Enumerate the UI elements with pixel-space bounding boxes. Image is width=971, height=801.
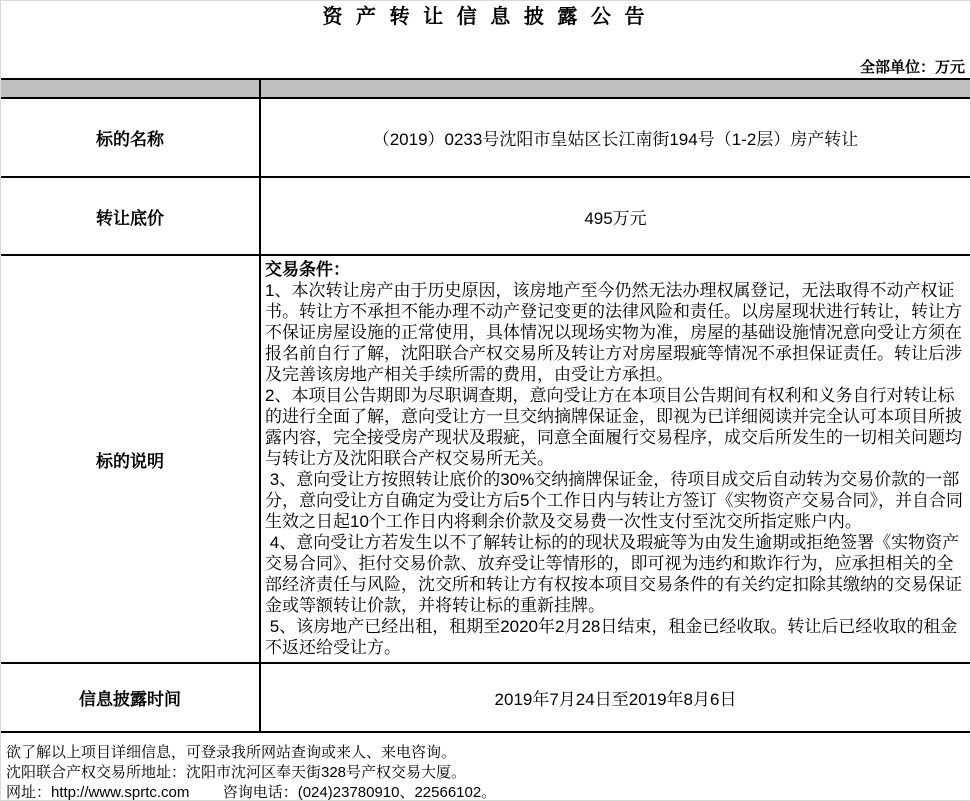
trade-condition-5: 5、该房地产已经出租，租期至2020年2月28日结束，租金已经收取。转让后已经收… (265, 616, 967, 658)
disclosure-table: 标的名称 （2019）0233号沈阳市皇姑区长江南街194号（1-2层）房产转让… (1, 78, 970, 733)
table-row-base-price: 转让底价 495万元 (1, 178, 970, 256)
row-value-target-name: （2019）0233号沈阳市皇姑区长江南街194号（1-2层）房产转让 (261, 99, 970, 176)
announcement-document: 资 产 转 让 信 息 披 露 公 告 全部单位：万元 标的名称 （2019）0… (0, 0, 971, 801)
trade-condition-4: 4、意向受让方若发生以不了解转让标的的现状及瑕疵等为由发生逾期或拒绝签署《实物资… (265, 532, 967, 616)
footer-address: 沈阳联合产权交易所地址：沈阳市沈河区奉天街328号产权交易大厦。 (6, 763, 970, 783)
table-row-disclosure-period: 信息披露时间 2019年7月24日至2019年8月6日 (1, 664, 970, 733)
row-value-target-description: 交易条件： 1、本次转让房产由于历史原因，该房地产至今仍然无法办理权属登记，无法… (261, 256, 970, 662)
page-title: 资 产 转 让 信 息 披 露 公 告 (1, 4, 970, 30)
footer-website-and-phone: 网址：http://www.sprtc.com 咨询电话：(024)237809… (6, 783, 970, 801)
footer-inquiry-note: 欲了解以上项目详细信息，可登录我所网站查询或来人、来电咨询。 (6, 743, 970, 763)
table-header-row (1, 80, 970, 99)
header-cell-left (1, 80, 261, 97)
footer-notes: 欲了解以上项目详细信息，可登录我所网站查询或来人、来电咨询。 沈阳联合产权交易所… (1, 743, 970, 801)
row-label-disclosure-period: 信息披露时间 (1, 664, 261, 731)
trade-condition-2: 2、本项目公告期即为尽职调查期，意向受让方在本项目公告期间有权利和义务自行对转让… (265, 385, 967, 469)
unit-note: 全部单位：万元 (1, 60, 970, 76)
trade-conditions-heading: 交易条件： (265, 259, 967, 280)
row-value-base-price: 495万元 (261, 178, 970, 254)
row-value-disclosure-period: 2019年7月24日至2019年8月6日 (261, 664, 970, 731)
header-cell-right (261, 80, 970, 97)
trade-condition-1: 1、本次转让房产由于历史原因，该房地产至今仍然无法办理权属登记，无法取得不动产权… (265, 280, 967, 385)
table-row-target-description: 标的说明 交易条件： 1、本次转让房产由于历史原因，该房地产至今仍然无法办理权属… (1, 256, 970, 664)
row-label-target-description: 标的说明 (1, 256, 261, 662)
row-label-base-price: 转让底价 (1, 178, 261, 254)
trade-condition-3: 3、意向受让方按照转让底价的30%交纳摘牌保证金，待项目成交后自动转为交易价款的… (265, 469, 967, 532)
row-label-target-name: 标的名称 (1, 99, 261, 176)
table-row-target-name: 标的名称 （2019）0233号沈阳市皇姑区长江南街194号（1-2层）房产转让 (1, 99, 970, 178)
